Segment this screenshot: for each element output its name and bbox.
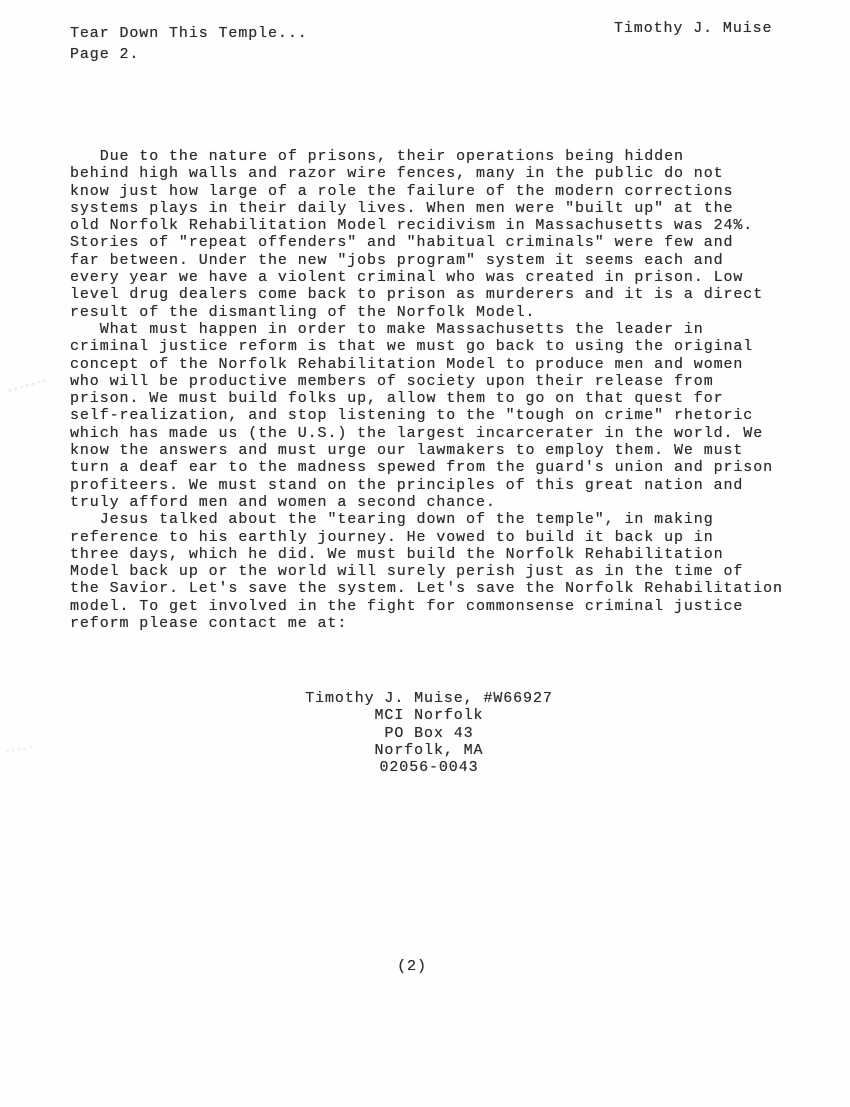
contact-address-block: Timothy J. Muise, #W66927 MCI Norfolk PO… bbox=[4, 690, 850, 776]
paragraph-1: Due to the nature of prisons, their oper… bbox=[70, 148, 810, 321]
paragraph-2: What must happen in order to make Massac… bbox=[70, 321, 810, 511]
scan-smudge bbox=[9, 378, 50, 391]
document-page: Tear Down This Temple... Page 2. Timothy… bbox=[0, 0, 850, 1107]
header-left: Tear Down This Temple... Page 2. bbox=[70, 23, 308, 65]
document-title: Tear Down This Temple... bbox=[70, 23, 308, 44]
page-label: Page 2. bbox=[70, 44, 308, 65]
page-number: (2) bbox=[0, 958, 837, 975]
document-body: Due to the nature of prisons, their oper… bbox=[70, 148, 810, 632]
paragraph-3: Jesus talked about the "tearing down of … bbox=[70, 511, 810, 632]
author-name: Timothy J. Muise bbox=[614, 20, 772, 37]
